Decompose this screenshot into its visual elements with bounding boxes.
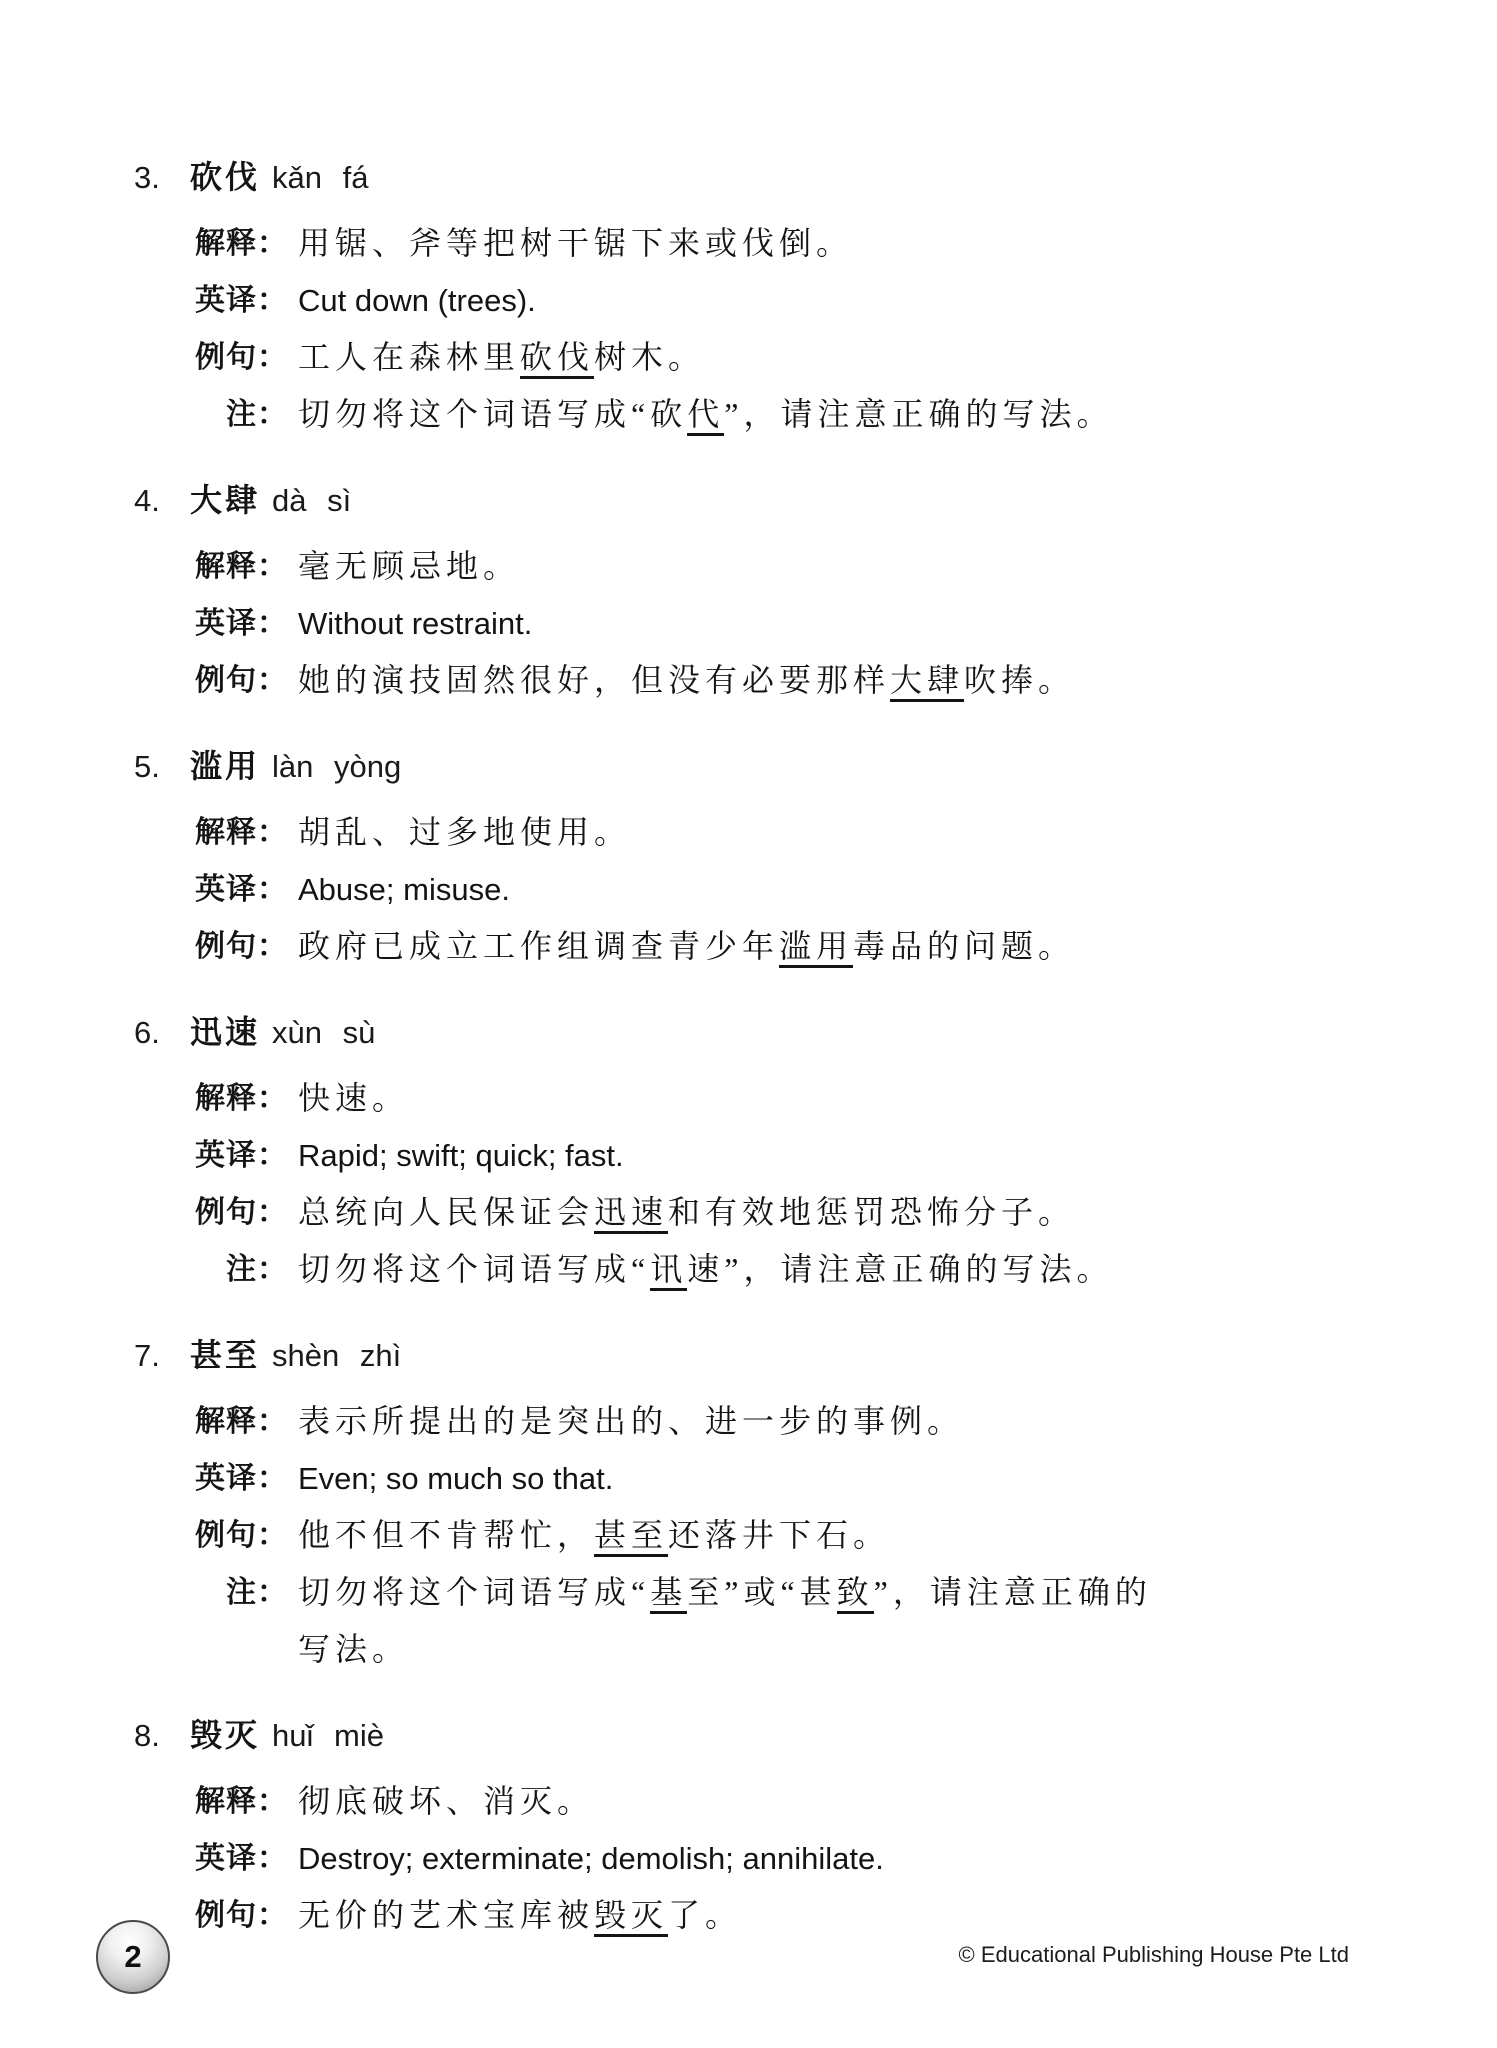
row-label: 注： xyxy=(134,386,288,443)
underlined-word: 迅速 xyxy=(594,1194,668,1234)
text-segment: 写法。 xyxy=(298,1631,409,1667)
row-label: 例句： xyxy=(134,1507,288,1564)
row-label: 例句： xyxy=(134,652,288,709)
row-content: 用锯、斧等把树干锯下来或伐倒。 xyxy=(298,215,853,272)
row-content: Without restraint. xyxy=(298,595,532,652)
underlined-word: 毁灭 xyxy=(594,1897,668,1937)
underlined-word: 讯 xyxy=(650,1251,687,1291)
entry-pinyin: huǐ miè xyxy=(272,1717,384,1755)
entry-term: 砍伐 xyxy=(190,158,260,196)
text-segment: 政府已成立工作组调查青少年 xyxy=(298,928,779,964)
vocab-entry: 7. 甚至 shèn zhì 解释： 表示所提出的是突出的、进一步的事例。 英译… xyxy=(134,1336,1374,1678)
text-segment: 胡乱、过多地使用。 xyxy=(298,814,631,850)
vocab-entry-list: 3. 砍伐 kǎn fá 解释： 用锯、斧等把树干锯下来或伐倒。 英译： Cut… xyxy=(134,158,1374,1982)
row-content: 快速。 xyxy=(298,1070,409,1127)
row-content: Destroy; exterminate; demolish; annihila… xyxy=(298,1830,884,1887)
entry-row: 例句： 无价的艺术宝库被毁灭了。 xyxy=(134,1887,1374,1944)
entry-number: 7. xyxy=(134,1337,190,1375)
text-segment: Even; so much so that. xyxy=(298,1461,613,1496)
entry-row: 例句： 他不但不肯帮忙，甚至还落井下石。 xyxy=(134,1507,1374,1564)
entry-row: 英译： Cut down (trees). xyxy=(134,272,1374,329)
text-segment: 工人在森林里 xyxy=(298,339,520,375)
row-content: 胡乱、过多地使用。 xyxy=(298,804,631,861)
text-segment: 吹捧。 xyxy=(964,662,1075,698)
text-segment: 和有效地惩罚恐怖分子。 xyxy=(668,1194,1075,1230)
row-label: 解释： xyxy=(134,1070,288,1127)
entry-pinyin: shèn zhì xyxy=(272,1337,401,1375)
row-label: 解释： xyxy=(134,1393,288,1450)
row-content: Rapid; swift; quick; fast. xyxy=(298,1127,624,1184)
entry-header: 5. 滥用 làn yòng xyxy=(134,747,1374,786)
row-content: 总统向人民保证会迅速和有效地惩罚恐怖分子。 xyxy=(298,1184,1075,1241)
worksheet-page: 3. 砍伐 kǎn fá 解释： 用锯、斧等把树干锯下来或伐倒。 英译： Cut… xyxy=(0,0,1497,2048)
row-label: 例句： xyxy=(134,329,288,386)
text-segment: 总统向人民保证会 xyxy=(298,1194,594,1230)
text-segment: 表示所提出的是突出的、进一步的事例。 xyxy=(298,1403,964,1439)
text-segment: Cut down (trees). xyxy=(298,283,536,318)
row-content: 政府已成立工作组调查青少年滥用毒品的问题。 xyxy=(298,918,1075,975)
entry-row: 英译： Without restraint. xyxy=(134,595,1374,652)
entry-row: 注： 切勿将这个词语写成“砍代”，请注意正确的写法。 xyxy=(134,386,1374,443)
entry-pinyin: kǎn fá xyxy=(272,159,368,197)
entry-rows: 解释： 胡乱、过多地使用。 英译： Abuse; misuse. 例句： 政府已… xyxy=(134,804,1374,975)
entry-rows: 解释： 毫无顾忌地。 英译： Without restraint. 例句： 她的… xyxy=(134,538,1374,709)
row-label: 英译： xyxy=(134,272,288,329)
row-label: 解释： xyxy=(134,804,288,861)
row-label: 英译： xyxy=(134,861,288,918)
entry-term: 迅速 xyxy=(190,1013,260,1051)
entry-row: 例句： 政府已成立工作组调查青少年滥用毒品的问题。 xyxy=(134,918,1374,975)
entry-row: 注： 切勿将这个词语写成“基至”或“甚致”，请注意正确的写法。 xyxy=(134,1564,1374,1678)
text-segment: Rapid; swift; quick; fast. xyxy=(298,1138,624,1173)
entry-number: 6. xyxy=(134,1014,190,1052)
vocab-entry: 3. 砍伐 kǎn fá 解释： 用锯、斧等把树干锯下来或伐倒。 英译： Cut… xyxy=(134,158,1374,443)
entry-header: 7. 甚至 shèn zhì xyxy=(134,1336,1374,1375)
entry-header: 8. 毁灭 huǐ miè xyxy=(134,1716,1374,1755)
row-content: 无价的艺术宝库被毁灭了。 xyxy=(298,1887,742,1944)
row-label: 英译： xyxy=(134,1127,288,1184)
row-content: 他不但不肯帮忙，甚至还落井下石。 xyxy=(298,1507,890,1564)
row-content: 表示所提出的是突出的、进一步的事例。 xyxy=(298,1393,964,1450)
text-segment: 切勿将这个词语写成“ xyxy=(298,1251,650,1287)
row-content: 毫无顾忌地。 xyxy=(298,538,520,595)
entry-row: 英译： Destroy; exterminate; demolish; anni… xyxy=(134,1830,1374,1887)
text-segment: Abuse; misuse. xyxy=(298,872,510,907)
entry-row: 例句： 总统向人民保证会迅速和有效地惩罚恐怖分子。 xyxy=(134,1184,1374,1241)
text-segment: 切勿将这个词语写成“砍 xyxy=(298,396,687,432)
underlined-word: 砍伐 xyxy=(520,339,594,379)
vocab-entry: 5. 滥用 làn yòng 解释： 胡乱、过多地使用。 英译： Abuse; … xyxy=(134,747,1374,975)
entry-row: 英译： Even; so much so that. xyxy=(134,1450,1374,1507)
entry-number: 3. xyxy=(134,159,190,197)
text-segment: 毫无顾忌地。 xyxy=(298,548,520,584)
row-label: 英译： xyxy=(134,1450,288,1507)
row-content: Even; so much so that. xyxy=(298,1450,613,1507)
entry-term: 滥用 xyxy=(190,747,260,785)
entry-number: 8. xyxy=(134,1717,190,1755)
text-segment: 他不但不肯帮忙， xyxy=(298,1517,594,1553)
row-label: 注： xyxy=(134,1241,288,1298)
text-segment: ”，请注意正确的 xyxy=(874,1574,1152,1610)
underlined-word: 滥用 xyxy=(779,928,853,968)
entry-row: 例句： 她的演技固然很好，但没有必要那样大肆吹捧。 xyxy=(134,652,1374,709)
row-content: 她的演技固然很好，但没有必要那样大肆吹捧。 xyxy=(298,652,1075,709)
text-segment: 快速。 xyxy=(298,1080,409,1116)
entry-pinyin: xùn sù xyxy=(272,1014,375,1052)
underlined-word: 甚至 xyxy=(594,1517,668,1557)
text-segment: 切勿将这个词语写成“ xyxy=(298,1574,650,1610)
entry-row: 解释： 毫无顾忌地。 xyxy=(134,538,1374,595)
row-content: 工人在森林里砍伐树木。 xyxy=(298,329,705,386)
entry-number: 4. xyxy=(134,482,190,520)
entry-pinyin: dà sì xyxy=(272,482,351,520)
entry-header: 6. 迅速 xùn sù xyxy=(134,1013,1374,1052)
entry-header: 3. 砍伐 kǎn fá xyxy=(134,158,1374,197)
copyright-text: © Educational Publishing House Pte Ltd xyxy=(959,1942,1349,1968)
row-content: 切勿将这个词语写成“讯速”，请注意正确的写法。 xyxy=(298,1241,1113,1298)
text-segment: 无价的艺术宝库被 xyxy=(298,1897,594,1933)
entry-header: 4. 大肆 dà sì xyxy=(134,481,1374,520)
row-content: Cut down (trees). xyxy=(298,272,536,329)
page-number: 2 xyxy=(124,1939,141,1975)
entry-row: 解释： 快速。 xyxy=(134,1070,1374,1127)
row-content: Abuse; misuse. xyxy=(298,861,510,918)
entry-row: 注： 切勿将这个词语写成“讯速”，请注意正确的写法。 xyxy=(134,1241,1374,1298)
entry-row: 例句： 工人在森林里砍伐树木。 xyxy=(134,329,1374,386)
entry-term: 甚至 xyxy=(190,1336,260,1374)
entry-row: 解释： 胡乱、过多地使用。 xyxy=(134,804,1374,861)
row-label: 例句： xyxy=(134,1184,288,1241)
entry-row: 解释： 彻底破坏、消灭。 xyxy=(134,1773,1374,1830)
underlined-word: 基 xyxy=(650,1574,687,1614)
text-segment: 毒品的问题。 xyxy=(853,928,1075,964)
row-label: 解释： xyxy=(134,1773,288,1830)
row-label: 注： xyxy=(134,1564,288,1621)
underlined-word: 大肆 xyxy=(890,662,964,702)
text-segment: 彻底破坏、消灭。 xyxy=(298,1783,594,1819)
vocab-entry: 8. 毁灭 huǐ miè 解释： 彻底破坏、消灭。 英译： Destroy; … xyxy=(134,1716,1374,1944)
text-segment: ”，请注意正确的写法。 xyxy=(724,396,1113,432)
entry-row: 英译： Abuse; misuse. xyxy=(134,861,1374,918)
entry-term: 毁灭 xyxy=(190,1716,260,1754)
text-segment: 她的演技固然很好，但没有必要那样 xyxy=(298,662,890,698)
row-label: 解释： xyxy=(134,215,288,272)
text-segment: 用锯、斧等把树干锯下来或伐倒。 xyxy=(298,225,853,261)
entry-row: 英译： Rapid; swift; quick; fast. xyxy=(134,1127,1374,1184)
underlined-word: 代 xyxy=(687,396,724,436)
entry-pinyin: làn yòng xyxy=(272,748,401,786)
text-segment: 速”，请注意正确的写法。 xyxy=(687,1251,1113,1287)
text-segment: 至”或“甚 xyxy=(687,1574,836,1610)
row-label: 英译： xyxy=(134,595,288,652)
row-label: 解释： xyxy=(134,538,288,595)
entry-row: 解释： 用锯、斧等把树干锯下来或伐倒。 xyxy=(134,215,1374,272)
row-label: 例句： xyxy=(134,918,288,975)
text-segment: 了。 xyxy=(668,1897,742,1933)
underlined-word: 致 xyxy=(837,1574,874,1614)
text-segment: 还落井下石。 xyxy=(668,1517,890,1553)
entry-rows: 解释： 彻底破坏、消灭。 英译： Destroy; exterminate; d… xyxy=(134,1773,1374,1944)
row-content: 彻底破坏、消灭。 xyxy=(298,1773,594,1830)
entry-rows: 解释： 表示所提出的是突出的、进一步的事例。 英译： Even; so much… xyxy=(134,1393,1374,1678)
row-content: 切勿将这个词语写成“砍代”，请注意正确的写法。 xyxy=(298,386,1113,443)
page-number-badge: 2 xyxy=(96,1920,170,1994)
vocab-entry: 6. 迅速 xùn sù 解释： 快速。 英译： Rapid; swift; q… xyxy=(134,1013,1374,1298)
text-segment: Destroy; exterminate; demolish; annihila… xyxy=(298,1841,884,1876)
entry-number: 5. xyxy=(134,748,190,786)
vocab-entry: 4. 大肆 dà sì 解释： 毫无顾忌地。 英译： Without restr… xyxy=(134,481,1374,709)
entry-rows: 解释： 用锯、斧等把树干锯下来或伐倒。 英译： Cut down (trees)… xyxy=(134,215,1374,443)
row-label: 英译： xyxy=(134,1830,288,1887)
entry-rows: 解释： 快速。 英译： Rapid; swift; quick; fast. 例… xyxy=(134,1070,1374,1298)
text-segment: Without restraint. xyxy=(298,606,532,641)
row-content: 切勿将这个词语写成“基至”或“甚致”，请注意正确的写法。 xyxy=(298,1564,1152,1678)
entry-term: 大肆 xyxy=(190,481,260,519)
entry-row: 解释： 表示所提出的是突出的、进一步的事例。 xyxy=(134,1393,1374,1450)
text-segment: 树木。 xyxy=(594,339,705,375)
